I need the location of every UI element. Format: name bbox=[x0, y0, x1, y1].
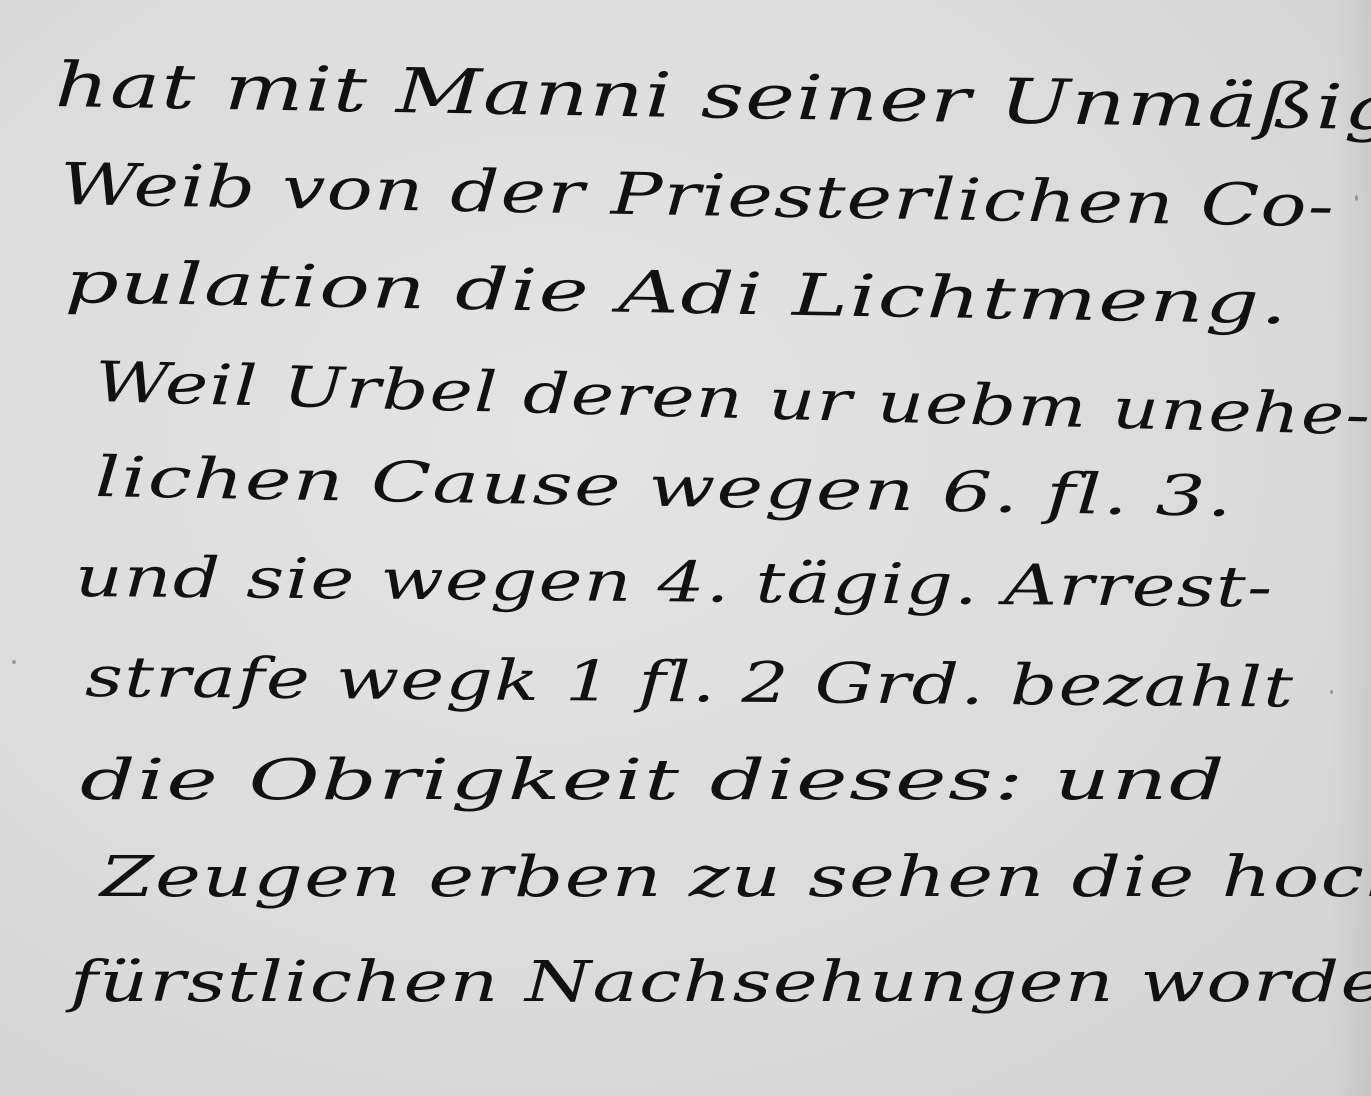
text-line-3: pulation die Adi Lichtmeng. bbox=[64, 248, 1289, 337]
text-line-7: strafe wegk 1 fl. 2 Grd. bezahlt bbox=[85, 645, 1295, 721]
text-line-5: lichen Cause wegen 6. fl. 3. bbox=[94, 445, 1233, 530]
text-line-10: fürstlichen Nachsehungen worden. bbox=[70, 950, 1371, 1015]
manuscript-page: hat mit Manni seiner Unmäßig- Weib von d… bbox=[0, 0, 1371, 1096]
text-line-2: Weib von der Priesterlichen Co- bbox=[59, 150, 1335, 240]
text-line-6: und sie wegen 4. tägig. Arrest- bbox=[75, 545, 1274, 620]
text-line-4: Weil Urbel deren ur uebm unehe- bbox=[94, 350, 1371, 448]
text-line-9: Zeugen erben zu sehen die hoch- bbox=[100, 845, 1371, 910]
text-line-1: hat mit Manni seiner Unmäßig- bbox=[54, 48, 1371, 145]
paper-speck bbox=[12, 660, 16, 664]
page-edge-shadow bbox=[1331, 0, 1371, 1096]
text-line-8: die Obrigkeit dieses: und bbox=[80, 748, 1226, 813]
